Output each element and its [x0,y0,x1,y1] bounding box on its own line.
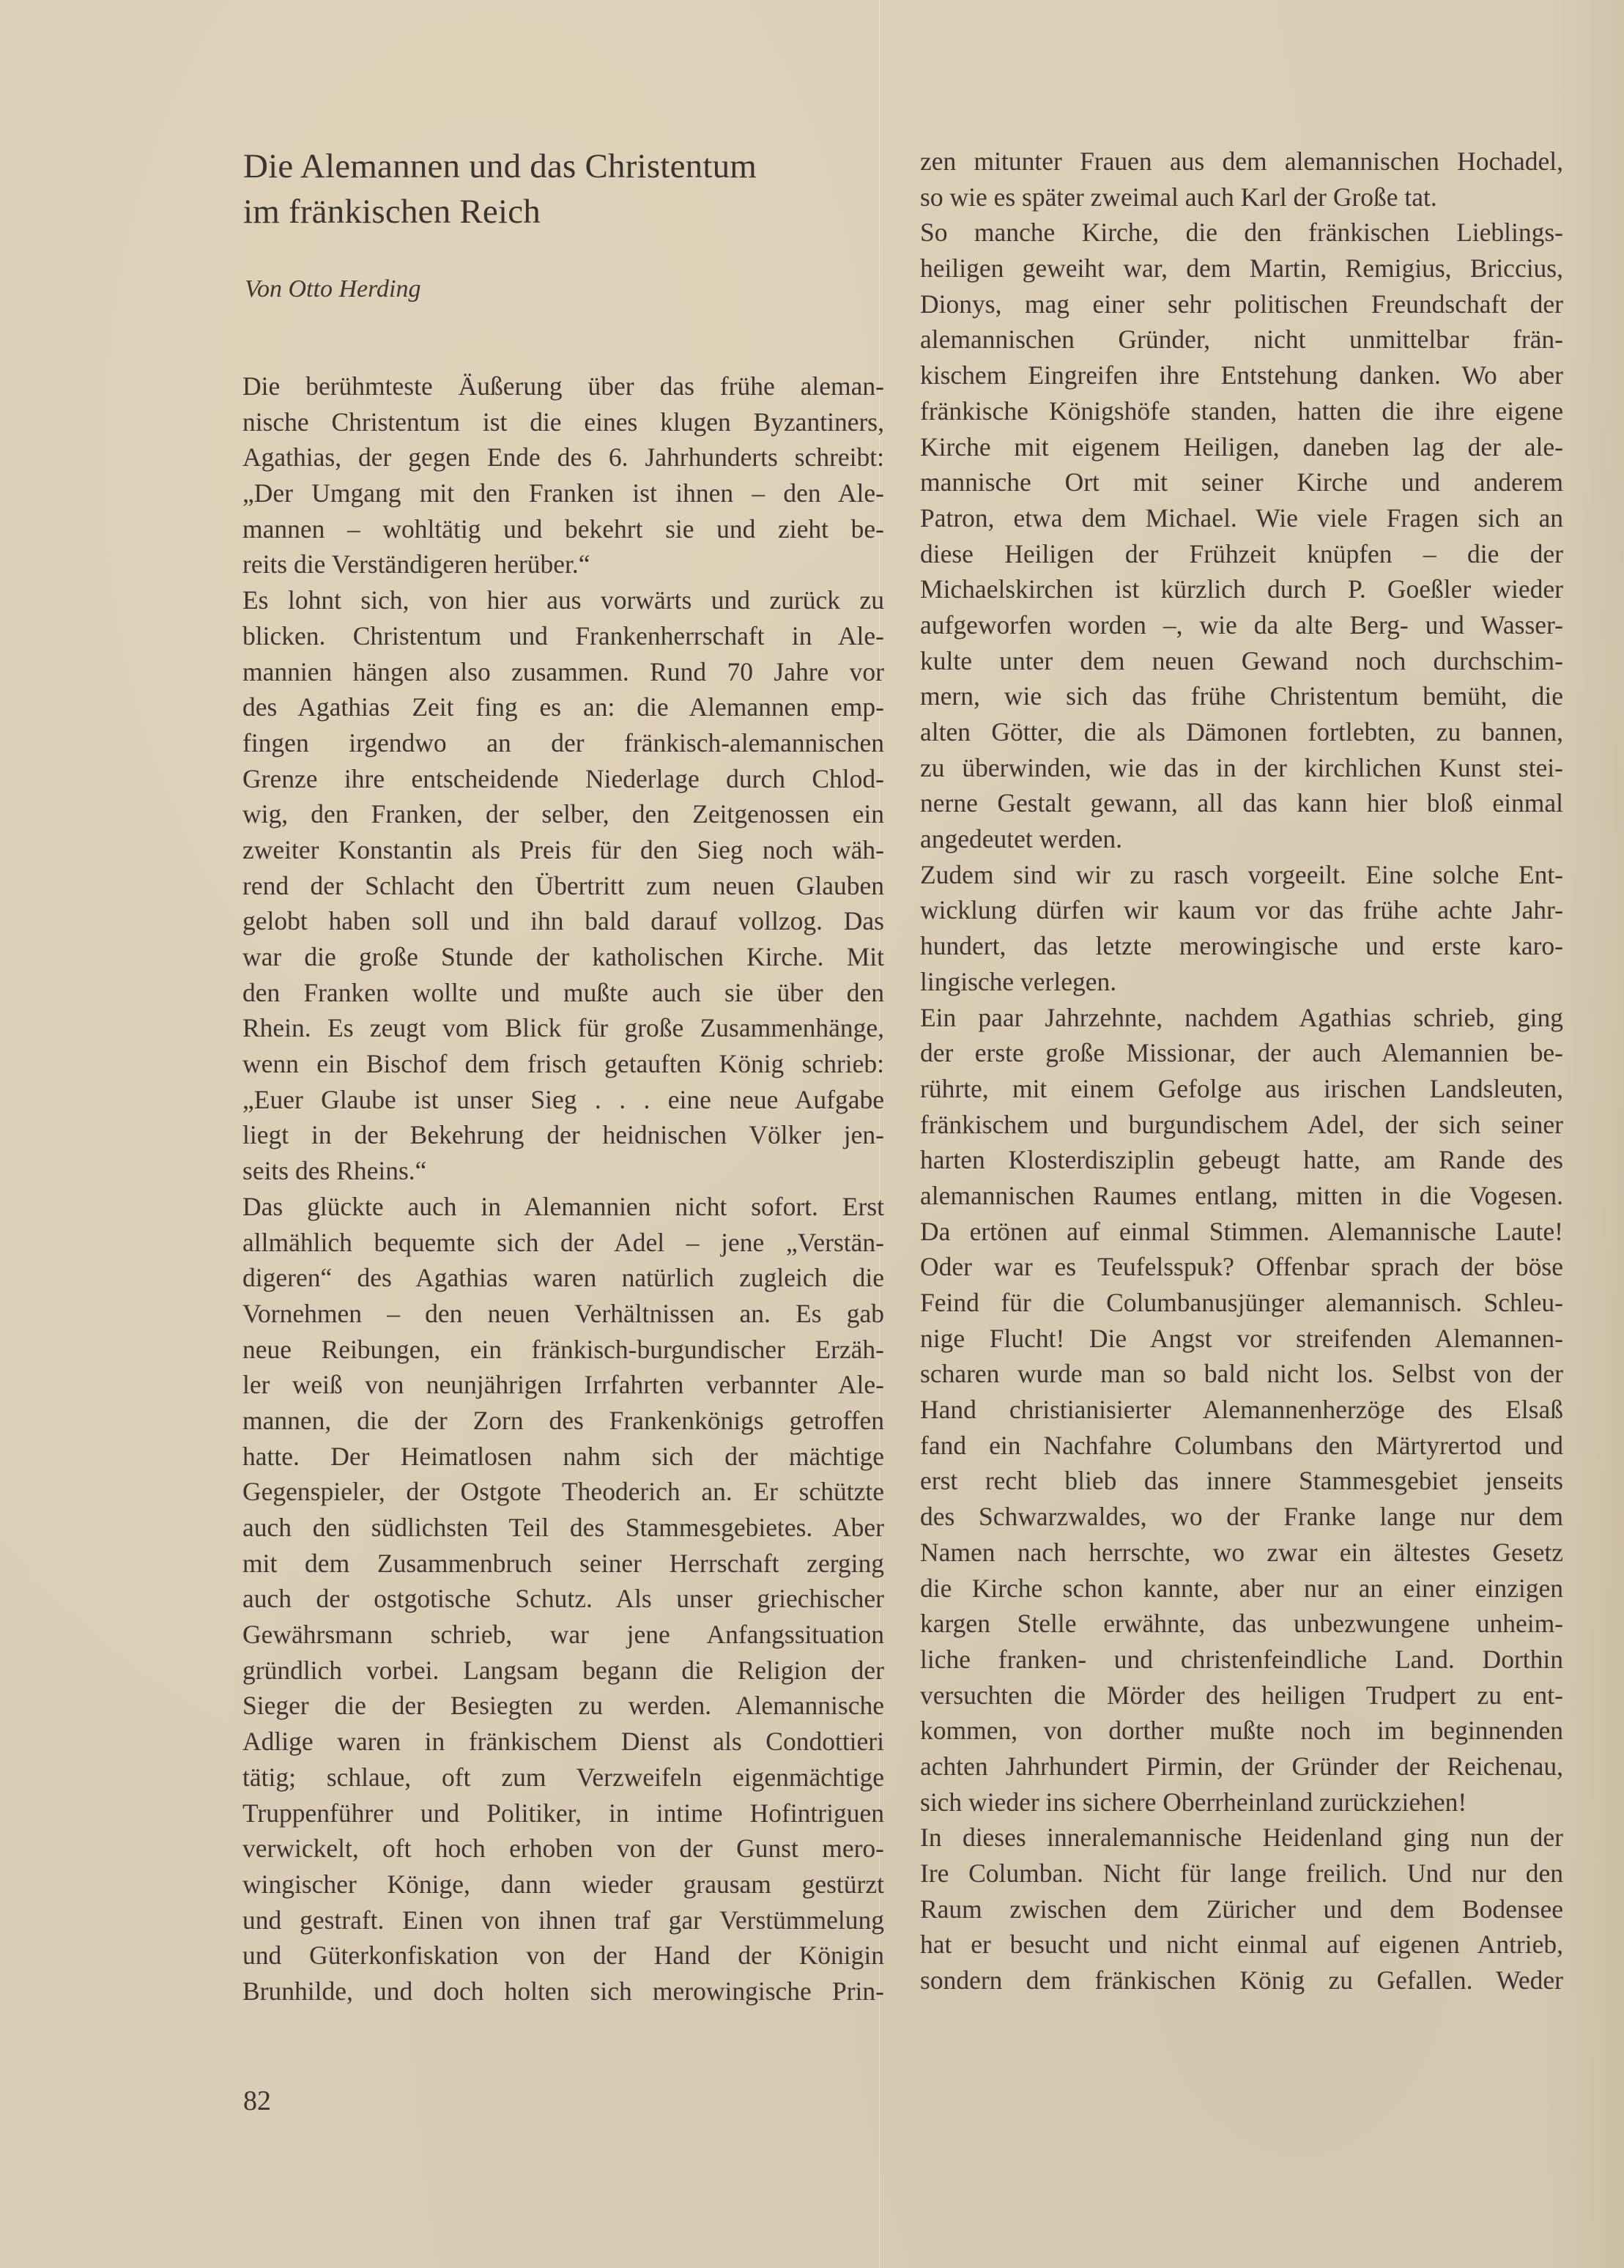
text-line: scharen wurde man so bald nicht los. Sel… [920,1356,1563,1392]
text-line: wicklung dürfen wir kaum vor das frühe a… [920,892,1563,928]
text-line: nerne Gestalt gewann, all das kann hier … [920,785,1563,821]
text-line: sich wieder ins sichere Oberrheinland zu… [920,1785,1563,1820]
text-line: des Schwarzwaldes, wo der Franke lange n… [920,1499,1563,1535]
text-line: fand ein Nachfahre Columbans den Märtyre… [920,1428,1563,1464]
text-line: Da ertönen auf einmal Stimmen. Alemannis… [920,1214,1563,1250]
text-line: aufgeworfen worden –, wie da alte Berg- … [920,607,1563,643]
text-line: Dionys, mag einer sehr politischen Freun… [920,286,1563,322]
text-line: wenn ein Bischof dem frisch getauften Kö… [242,1046,884,1082]
text-line: fingen irgendwo an der fränkisch-alemann… [242,725,884,761]
text-line: zu überwinden, wie das in der kirchliche… [920,750,1563,786]
text-line: Feind für die Columbanusjünger alemannis… [920,1285,1563,1321]
text-line: Die berühmteste Äußerung über das frühe … [242,368,884,404]
text-line: zweiter Konstantin als Preis für den Sie… [242,832,884,868]
text-line: mannien hängen also zusammen. Rund 70 Ja… [242,654,884,690]
text-line: Adlige waren in fränkischem Dienst als C… [242,1724,884,1760]
text-line: hundert, das letzte merowingische und er… [920,928,1563,964]
text-line: auch den südlichsten Teil des Stammesgeb… [242,1510,884,1546]
text-line: heiligen geweiht war, dem Martin, Remigi… [920,251,1563,286]
text-line: auch der ostgotische Schutz. Als unser g… [242,1581,884,1617]
text-line: allmählich bequemte sich der Adel – jene… [242,1225,884,1261]
text-line: lingische verlegen. [920,964,1563,1000]
text-line: Zudem sind wir zu rasch vorgeeilt. Eine … [920,857,1563,893]
text-line: Hand christianisierter Alemannenherzöge … [920,1392,1563,1428]
text-line: sondern dem fränkischen König zu Gefalle… [920,1963,1563,1998]
text-line: Sieger die der Besiegten zu werden. Alem… [242,1688,884,1724]
text-line: der erste große Missionar, der auch Alem… [920,1035,1563,1071]
text-line: Das glückte auch in Alemannien nicht sof… [242,1189,884,1225]
text-line: Agathias, der gegen Ende des 6. Jahrhund… [242,440,884,475]
text-line: hat er besucht und nicht einmal auf eige… [920,1927,1563,1963]
text-line: die Kirche schon kannte, aber nur an ein… [920,1571,1563,1606]
left-text-column: Die berühmteste Äußerung über das frühe … [242,368,884,2009]
text-line: versuchten die Mörder des heiligen Trudp… [920,1678,1563,1713]
text-line: Gegenspieler, der Ostgote Theoderich an.… [242,1474,884,1510]
title-line-1: Die Alemannen und das Christentum [243,144,902,189]
text-line: kommen, von dorther mußte noch im beginn… [920,1713,1563,1749]
text-line: rend der Schlacht den Übertritt zum neue… [242,868,884,904]
text-line: Gewährsmann schrieb, war jene Anfangssit… [242,1617,884,1653]
text-line: Oder war es Teufelsspuk? Offenbar sprach… [920,1249,1563,1285]
text-line: Grenze ihre entscheidende Niederlage dur… [242,761,884,797]
text-line: diese Heiligen der Frühzeit knüpfen – di… [920,536,1563,572]
text-line: Patron, etwa dem Michael. Wie viele Frag… [920,500,1563,536]
right-text-column: zen mitunter Frauen aus dem alemannische… [920,144,1563,1998]
text-line: „Der Umgang mit den Franken ist ihnen – … [242,475,884,511]
text-line: war die große Stunde der katholischen Ki… [242,939,884,975]
text-line: fränkischem und burgundischem Adel, der … [920,1107,1563,1143]
text-line: Vornehmen – den neuen Verhältnissen an. … [242,1296,884,1332]
text-line: Ein paar Jahrzehnte, nachdem Agathias sc… [920,1000,1563,1036]
text-line: zen mitunter Frauen aus dem alemannische… [920,144,1563,179]
text-line: Raum zwischen dem Züricher und dem Boden… [920,1891,1563,1927]
text-line: hatte. Der Heimatlosen nahm sich der mäc… [242,1439,884,1475]
text-line: In dieses inneralemannische Heidenland g… [920,1820,1563,1856]
text-line: mannische Ort mit seiner Kirche und ande… [920,464,1563,500]
text-line: wig, den Franken, der selber, den Zeitge… [242,796,884,832]
text-line: und gestraft. Einen von ihnen traf gar V… [242,1902,884,1938]
text-line: ler weiß von neunjährigen Irrfahrten ver… [242,1367,884,1403]
text-line: „Euer Glaube ist unser Sieg . . . eine n… [242,1082,884,1118]
text-line: mit dem Zusammenbruch seiner Herrschaft … [242,1546,884,1582]
text-line: fränkische Königshöfe standen, hatten di… [920,393,1563,429]
text-line: des Agathias Zeit fing es an: die Aleman… [242,689,884,725]
text-line: den Franken wollte und mußte auch sie üb… [242,975,884,1011]
text-line: digeren“ des Agathias waren natürlich zu… [242,1260,884,1296]
text-line: liegt in der Bekehrung der heidnischen V… [242,1117,884,1153]
text-line: Kirche mit eigenem Heiligen, daneben lag… [920,429,1563,465]
text-line: reits die Verständigeren herüber.“ [242,546,884,582]
title-line-2: im fränkischen Reich [243,189,902,234]
text-line: Ire Columban. Nicht für lange freilich. … [920,1856,1563,1891]
text-line: verwickelt, oft hoch erhoben von der Gun… [242,1831,884,1867]
text-line: mannen, die der Zorn des Frankenkönigs g… [242,1403,884,1439]
text-line: alemannischen Gründer, nicht unmittelbar… [920,322,1563,357]
text-line: nige Flucht! Die Angst vor streifenden A… [920,1321,1563,1357]
text-line: so wie es später zweimal auch Karl der G… [920,179,1563,215]
text-line: tätig; schlaue, oft zum Verzweifeln eige… [242,1760,884,1795]
text-line: blicken. Christentum und Frankenherrscha… [242,618,884,654]
text-line: alten Götter, die als Dämonen fortlebten… [920,714,1563,750]
article-byline: Von Otto Herding [245,275,421,303]
text-line: achten Jahrhundert Pirmin, der Gründer d… [920,1749,1563,1785]
text-line: gründlich vorbei. Langsam begann die Rel… [242,1653,884,1689]
text-line: kulte unter dem neuen Gewand noch durchs… [920,643,1563,679]
text-line: neue Reibungen, ein fränkisch-burgundisc… [242,1332,884,1368]
text-line: angedeutet werden. [920,821,1563,857]
text-line: So manche Kirche, die den fränkischen Li… [920,215,1563,251]
text-line: mern, wie sich das frühe Christentum bem… [920,678,1563,714]
text-line: Michaelskirchen ist kürzlich durch P. Go… [920,571,1563,607]
text-line: Namen nach herrschte, wo zwar ein ältest… [920,1535,1563,1571]
text-line: Es lohnt sich, von hier aus vorwärts und… [242,582,884,618]
article-title: Die Alemannen und das Christentum im frä… [243,144,902,234]
text-line: liche franken- und christenfeindliche La… [920,1642,1563,1678]
text-line: mannen – wohltätig und bekehrt sie und z… [242,511,884,547]
text-line: Rhein. Es zeugt vom Blick für große Zusa… [242,1010,884,1046]
text-line: gelobt haben soll und ihn bald darauf vo… [242,903,884,939]
text-line: kargen Stelle erwähnte, das unbezwungene… [920,1606,1563,1642]
text-line: harten Klosterdisziplin gebeugt hatte, a… [920,1142,1563,1178]
text-line: Truppenführer und Politiker, in intime H… [242,1795,884,1831]
text-line: alemannischen Raumes entlang, mitten in … [920,1178,1563,1214]
text-line: wingischer Könige, dann wieder grausam g… [242,1867,884,1902]
page-number: 82 [243,2085,271,2117]
text-line: rührte, mit einem Gefolge aus irischen L… [920,1071,1563,1107]
text-line: erst recht blieb das innere Stammesgebie… [920,1463,1563,1499]
text-line: seits des Rheins.“ [242,1153,884,1189]
text-line: und Güterkonfiskation von der Hand der K… [242,1938,884,1974]
text-line: kischem Eingreifen ihre Entstehung danke… [920,357,1563,393]
text-line: nische Christentum ist die eines klugen … [242,404,884,440]
text-line: Brunhilde, und doch holten sich merowing… [242,1974,884,2009]
